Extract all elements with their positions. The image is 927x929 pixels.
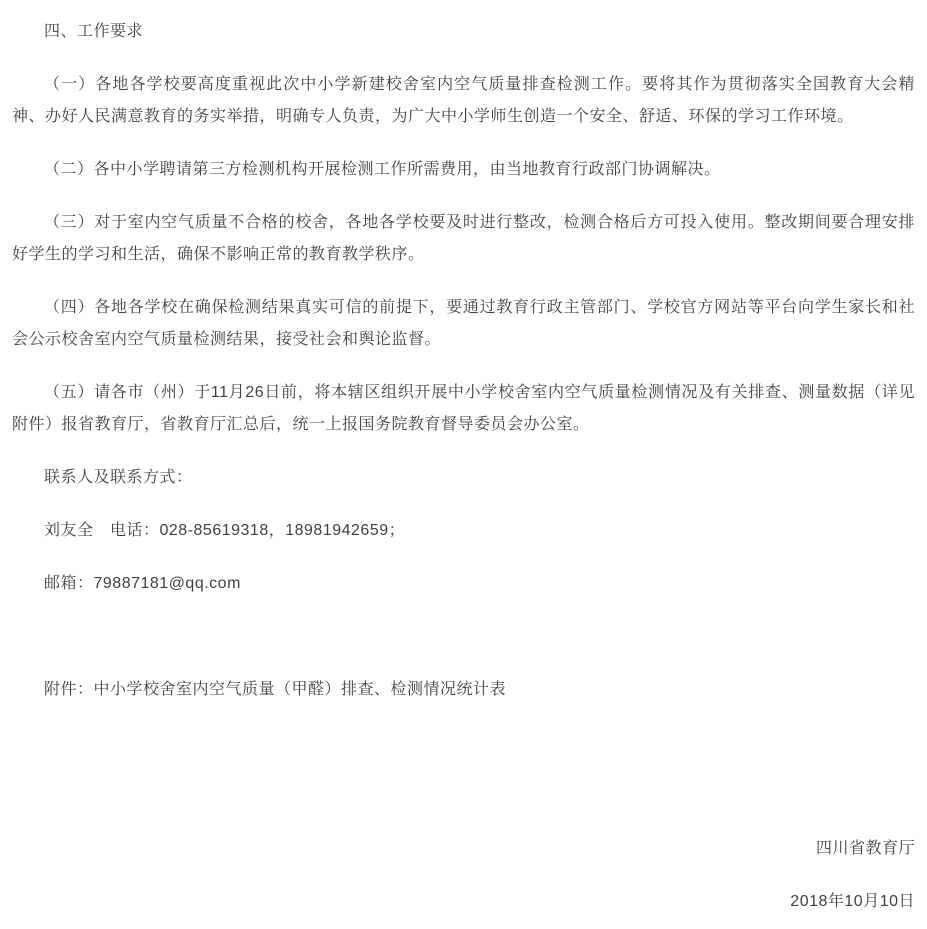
- blank-line: [12, 780, 915, 812]
- contact-heading: 联系人及联系方式：: [12, 462, 915, 494]
- section-title: 四、工作要求: [12, 16, 915, 48]
- paragraph-item-4: （四）各地各学校在确保检测结果真实可信的前提下，要通过教育行政主管部门、学校官方…: [12, 292, 915, 356]
- issuer-signature: 四川省教育厅: [12, 833, 915, 865]
- contact-phone-line: 刘友全 电话：028-85619318，18981942659；: [12, 515, 915, 547]
- paragraph-item-5: （五）请各市（州）于11月26日前，将本辖区组织开展中小学校舍室内空气质量检测情…: [12, 377, 915, 441]
- paragraph-item-1: （一）各地各学校要高度重视此次中小学新建校舍室内空气质量排查检测工作。要将其作为…: [12, 69, 915, 133]
- paragraph-item-3: （三）对于室内空气质量不合格的校舍，各地各学校要及时进行整改，检测合格后方可投入…: [12, 207, 915, 271]
- document-page: 四、工作要求 （一）各地各学校要高度重视此次中小学新建校舍室内空气质量排查检测工…: [0, 0, 927, 929]
- contact-email-line: 邮箱：79887181@qq.com: [12, 568, 915, 600]
- attachment-line: 附件：中小学校舍室内空气质量（甲醛）排查、检测情况统计表: [12, 674, 915, 706]
- paragraph-item-2: （二）各中小学聘请第三方检测机构开展检测工作所需费用，由当地教育行政部门协调解决…: [12, 154, 915, 186]
- blank-line: [12, 621, 915, 653]
- issue-date: 2018年10月10日: [12, 886, 915, 918]
- blank-line: [12, 727, 915, 759]
